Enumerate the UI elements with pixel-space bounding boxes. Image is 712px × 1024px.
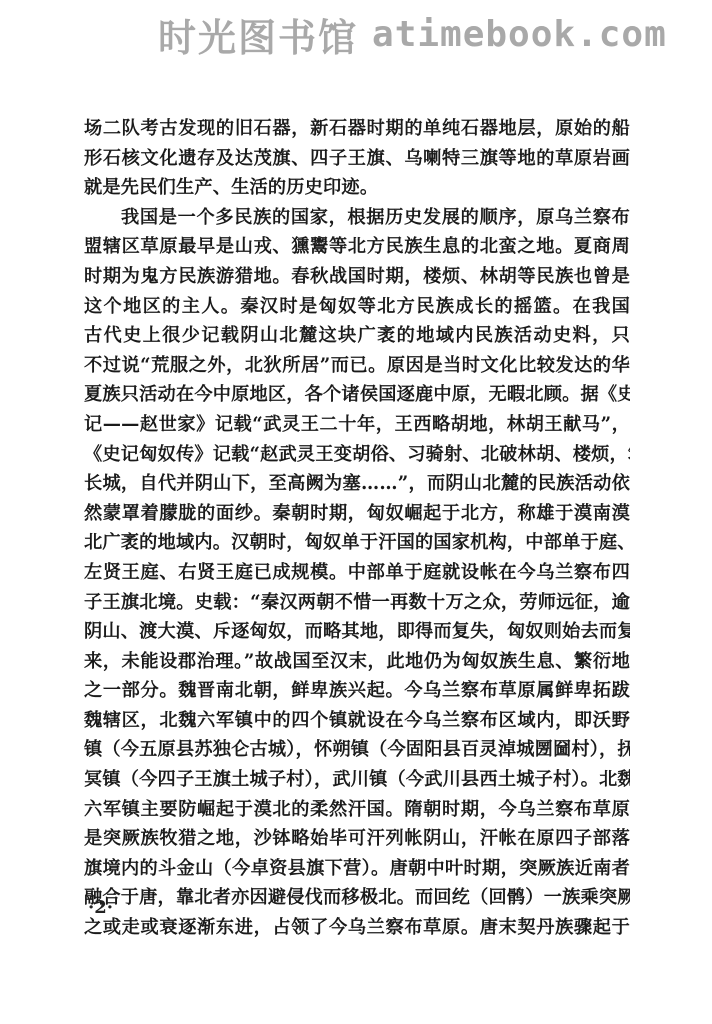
text-line: 就是先民们生产、生活的历史印迹。 — [84, 173, 630, 203]
text-line: 子王旗北境。史载：“秦汉两朝不惜一再数十万之众，劳师远征，逾 — [84, 588, 630, 618]
text-line: 旗境内的斗金山（今卓资县旗下营）。唐朝中叶时期，突厥族近南者 — [84, 854, 630, 884]
watermark-chinese: 时光图书馆 — [158, 7, 358, 62]
text-line: 来，未能设郡治理。”故战国至汉末，此地仍为匈奴族生息、繁衍地 — [84, 647, 630, 677]
text-line: 盟辖区草原最早是山戎、獯鬻等北方民族生息的北蛮之地。夏商周 — [84, 232, 630, 262]
text-line: 镇（今五原县苏独仑古城），怀朔镇（今固阳县百灵淖城圐圙村），抚 — [84, 735, 630, 765]
text-line: 长城，自代并阴山下，至高阙为塞……”，而阴山北麓的民族活动依 — [84, 469, 630, 499]
text-line: 然蒙罩着朦胧的面纱。秦朝时期，匈奴崛起于北方，称雄于漠南漠 — [84, 499, 630, 529]
text-line: 魏辖区，北魏六军镇中的四个镇就设在今乌兰察布区域内，即沃野 — [84, 706, 630, 736]
text-line: 形石核文化遗存及达茂旗、四子王旗、乌喇特三旗等地的草原岩画 — [84, 144, 630, 174]
watermark: 时光图书馆 atimebook.com — [158, 12, 667, 56]
text-line: 六军镇主要防崛起于漠北的柔然汗国。隋朝时期，今乌兰察布草原 — [84, 795, 630, 825]
page-number: ·2· — [88, 897, 113, 918]
text-line: 记——赵世家》记载“武灵王二十年，王西略胡地，林胡王献马”， — [84, 410, 630, 440]
text-line: 是突厥族牧猎之地，沙钵略始毕可汗列帐阴山，汗帐在原四子部落 — [84, 824, 630, 854]
text-line: 《史记匈奴传》记载“赵武灵王变胡俗、习骑射、北破林胡、楼烦，筑 — [84, 440, 630, 470]
text-line: 冥镇（今四子王旗土城子村），武川镇（今武川县西土城子村）。北魏 — [84, 765, 630, 795]
text-line: 古代史上很少记载阴山北麓这块广袤的地域内民族活动史料，只 — [84, 321, 630, 351]
text-line: 左贤王庭、右贤王庭已成规模。中部单于庭就设帐在今乌兰察布四 — [84, 558, 630, 588]
text-line: 不过说“荒服之外，北狄所居”而已。原因是当时文化比较发达的华 — [84, 351, 630, 381]
text-line: 夏族只活动在今中原地区，各个诸侯国逐鹿中原，无暇北顾。据《史 — [84, 380, 630, 410]
document-body: 场二队考古发现的旧石器，新石器时期的单纯石器地层，原始的船形石核文化遗存及达茂旗… — [84, 114, 630, 943]
text-line: 之或走或衰逐渐东进，占领了今乌兰察布草原。唐末契丹族骤起于 — [84, 913, 630, 943]
text-line: 我国是一个多民族的国家，根据历史发展的顺序，原乌兰察布 — [84, 203, 630, 233]
text-line: 场二队考古发现的旧石器，新石器时期的单纯石器地层，原始的船 — [84, 114, 630, 144]
watermark-domain: atimebook.com — [372, 14, 667, 55]
text-line: 北广袤的地域内。汉朝时，匈奴单于汗国的国家机构，中部单于庭、 — [84, 528, 630, 558]
text-line: 阴山、渡大漠、斥逐匈奴，而略其地，即得而复失，匈奴则始去而复 — [84, 617, 630, 647]
text-line: 时期为鬼方民族游猎地。春秋战国时期，楼烦、林胡等民族也曾是 — [84, 262, 630, 292]
text-line: 这个地区的主人。秦汉时是匈奴等北方民族成长的摇篮。在我国 — [84, 292, 630, 322]
text-line: 融合于唐，靠北者亦因避侵伐而移极北。而回纥（回鹘）一族乘突厥 — [84, 883, 630, 913]
text-line: 之一部分。魏晋南北朝，鲜卑族兴起。今乌兰察布草原属鲜卑拓跋 — [84, 676, 630, 706]
